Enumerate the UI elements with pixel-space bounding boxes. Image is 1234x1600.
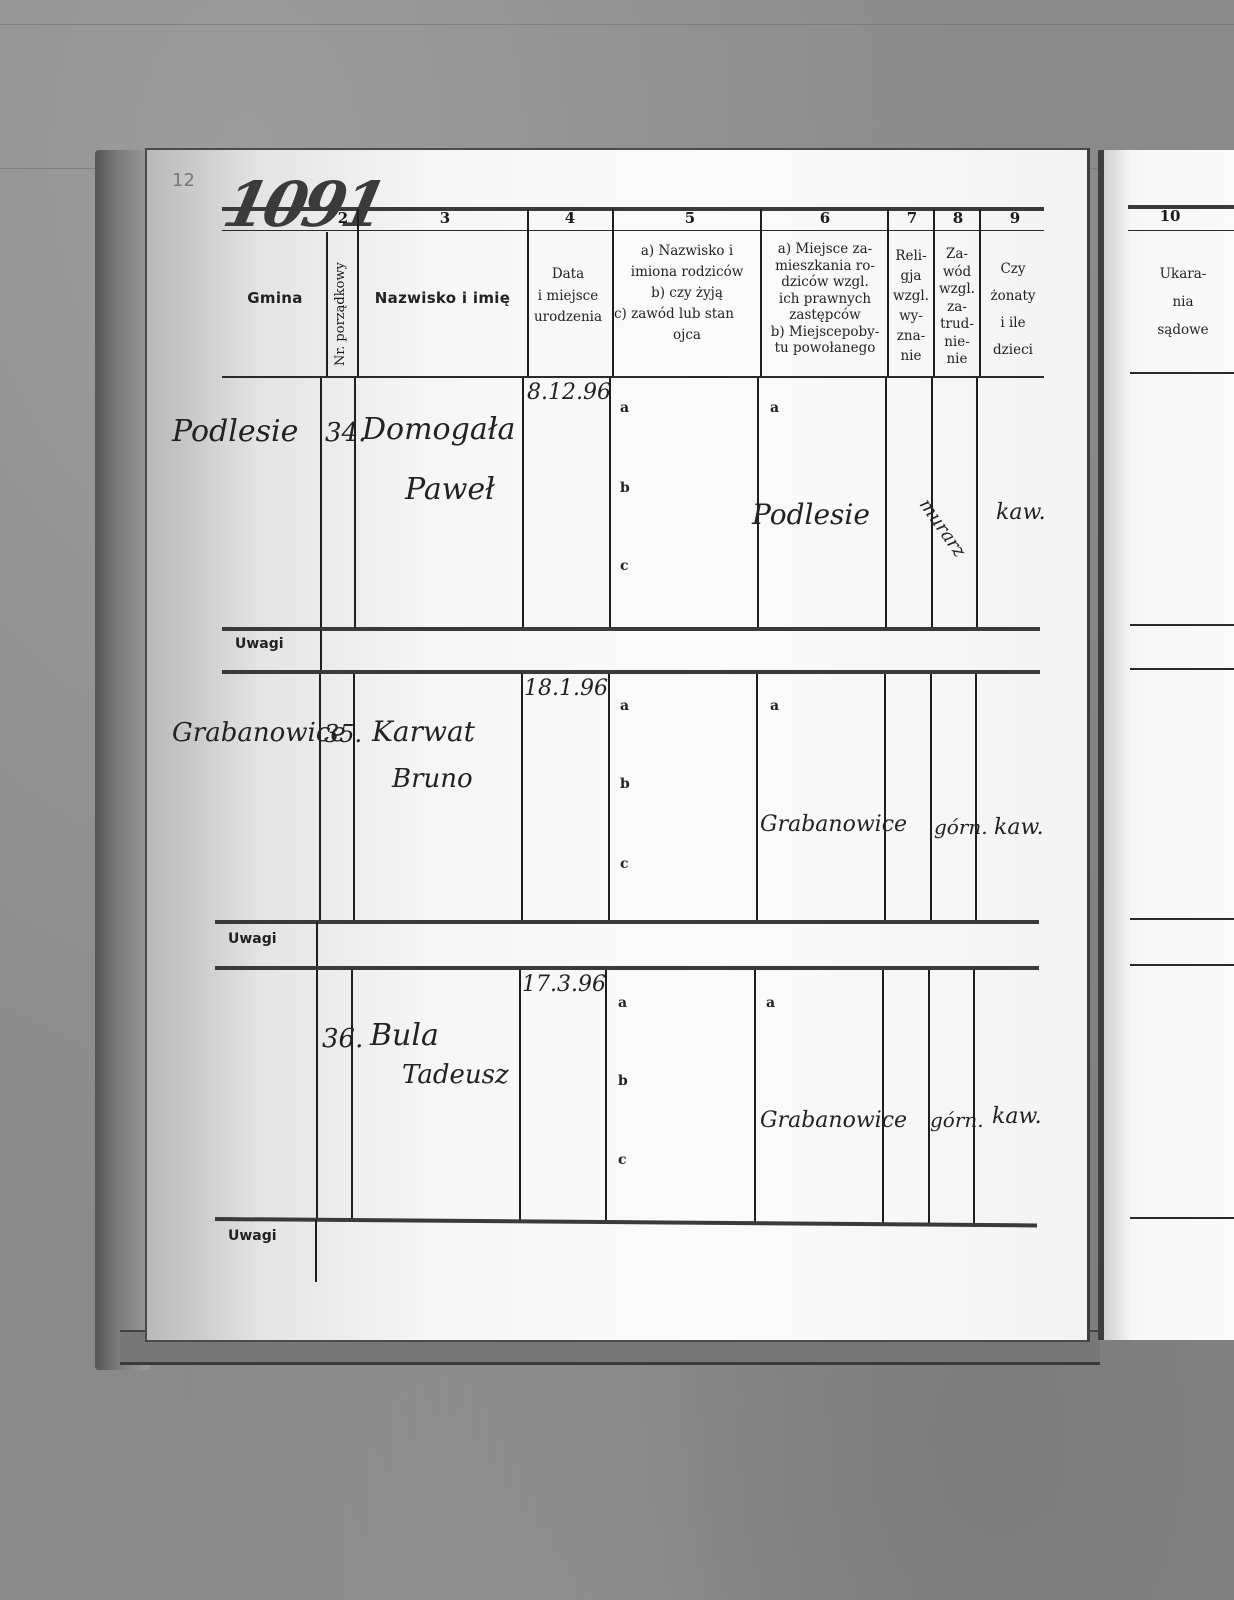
header-col-divider (612, 209, 614, 376)
sub-label-a: a (770, 698, 779, 714)
entry-number: 35. (324, 720, 362, 748)
row-divider (884, 674, 886, 922)
row-divider (316, 970, 318, 1218)
row-divider (885, 378, 887, 628)
col-header-religion: Reli- gja wzgl. wy- zna- nie (889, 246, 933, 366)
col-number-7: 7 (890, 209, 934, 227)
row-divider (976, 378, 978, 628)
col-header-residence: a) Miejsce za- mieszkania ro- dziców wzg… (762, 241, 888, 357)
entry-occupation: górn. (930, 1108, 984, 1132)
entry-occupation: górn. (934, 815, 988, 839)
row-divider (609, 378, 611, 628)
header-number-rule (222, 230, 1044, 231)
entry-marital: kaw. (994, 815, 1044, 840)
col10-rule (1130, 668, 1234, 670)
scanner-rule (0, 24, 1234, 25)
col-number-8: 8 (936, 209, 980, 227)
row-divider (928, 970, 930, 1226)
remarks-divider (320, 630, 322, 672)
header-col-divider (979, 209, 981, 376)
row-divider (756, 674, 758, 922)
remarks-label: Uwagi (228, 1228, 277, 1244)
col-header-name: Nazwisko i imię (360, 290, 525, 307)
row-divider (930, 674, 932, 922)
entry-residence: Grabanowice (760, 1108, 907, 1133)
remarks-divider (315, 1220, 317, 1282)
sub-label-b: b (620, 480, 630, 496)
entry-given-name: Tadeusz (402, 1060, 509, 1090)
col-number-3: 3 (420, 209, 470, 227)
entry-surname: Domogała (362, 412, 515, 447)
entry-given-name: Bruno (392, 764, 473, 794)
header-col-divider (887, 209, 889, 376)
sub-label-a: a (766, 995, 775, 1011)
col10-rule (1130, 624, 1234, 626)
col10-bottom-rule (1130, 372, 1234, 374)
col10-rule (1130, 1217, 1234, 1219)
row-divider (519, 970, 521, 1220)
row-divider (319, 674, 321, 922)
col10-rule (1130, 918, 1234, 920)
entry-number: 36. (322, 1024, 363, 1054)
pencil-page-number: 12 (172, 170, 195, 191)
remarks-label: Uwagi (228, 931, 277, 947)
entry-marital: kaw. (992, 1104, 1042, 1129)
col-header-nr: Nr. porządkowy (333, 262, 348, 366)
header-col-divider (760, 209, 762, 376)
col-header-birth: Data i miejsce urodzenia (524, 266, 612, 326)
col10-number-rule (1128, 230, 1234, 231)
sub-label-c: c (620, 558, 629, 574)
header-col-divider (326, 232, 328, 376)
entry-residence: Podlesie (752, 498, 870, 531)
col-number-9: 9 (990, 209, 1040, 227)
entry-residence: Grabanowice (760, 812, 907, 837)
remarks-label: Uwagi (235, 636, 284, 652)
sub-label-a: a (770, 400, 779, 416)
entry-birth-date: 8.12.96 (527, 380, 611, 405)
sub-label-b: b (618, 1073, 628, 1089)
sub-label-a: a (620, 698, 629, 714)
remarks-bottom-rule (222, 670, 1040, 674)
col-header-convictions: Ukara- nia sądowe (1128, 260, 1234, 344)
col10-rule (1130, 964, 1234, 966)
row-divider (351, 970, 353, 1218)
col-header-married: Czy żonaty i ile dzieci (982, 256, 1044, 364)
entry-gmina: Grabanowice (172, 718, 346, 748)
col-number-6: 6 (800, 209, 850, 227)
sub-label-a: a (620, 400, 629, 416)
sub-label-c: c (618, 1152, 627, 1168)
sub-label-c: c (620, 856, 629, 872)
entry-birth-date: 17.3.96 (522, 972, 606, 997)
col-header-parents: a) Nazwisko i imiona rodziców b) czy żyj… (612, 241, 762, 346)
remarks-top-rule (215, 920, 1039, 924)
header-bottom-rule (222, 376, 1044, 378)
entry-number: 34. (325, 418, 366, 448)
entry-birth-date: 18.1.96 (524, 676, 608, 701)
row-divider (354, 378, 356, 628)
col-header-occupation: Za- wód wzgl. za- trud- nie- nie (935, 246, 979, 369)
header-col-divider (933, 209, 935, 376)
col-number-2: 2 (328, 209, 358, 227)
book-spine (95, 150, 150, 1370)
col-number-10: 10 (1150, 207, 1190, 225)
col-number-4: 4 (545, 209, 595, 227)
col-header-gmina: Gmina (225, 290, 325, 307)
remarks-bottom-rule (215, 966, 1039, 970)
row-divider (522, 378, 524, 628)
row-divider (605, 970, 607, 1222)
row-divider (320, 378, 322, 628)
row-divider (353, 674, 355, 922)
row-divider (608, 674, 610, 922)
col-number-5: 5 (665, 209, 715, 227)
row-divider (882, 970, 884, 1226)
entry-surname: Bula (370, 1018, 439, 1053)
entry-gmina: Podlesie (172, 414, 298, 449)
remarks-top-rule (222, 627, 1040, 631)
remarks-divider (316, 922, 318, 968)
row-divider (975, 674, 977, 922)
row-divider (973, 970, 975, 1227)
header-col-divider (527, 209, 529, 376)
entry-marital: kaw. (996, 500, 1046, 525)
sub-label-a: a (618, 995, 627, 1011)
row-divider (521, 674, 523, 922)
row-divider (754, 970, 756, 1224)
entry-surname: Karwat (372, 715, 475, 748)
header-col-divider (357, 209, 359, 376)
entry-given-name: Paweł (405, 472, 495, 507)
sub-label-b: b (620, 776, 630, 792)
